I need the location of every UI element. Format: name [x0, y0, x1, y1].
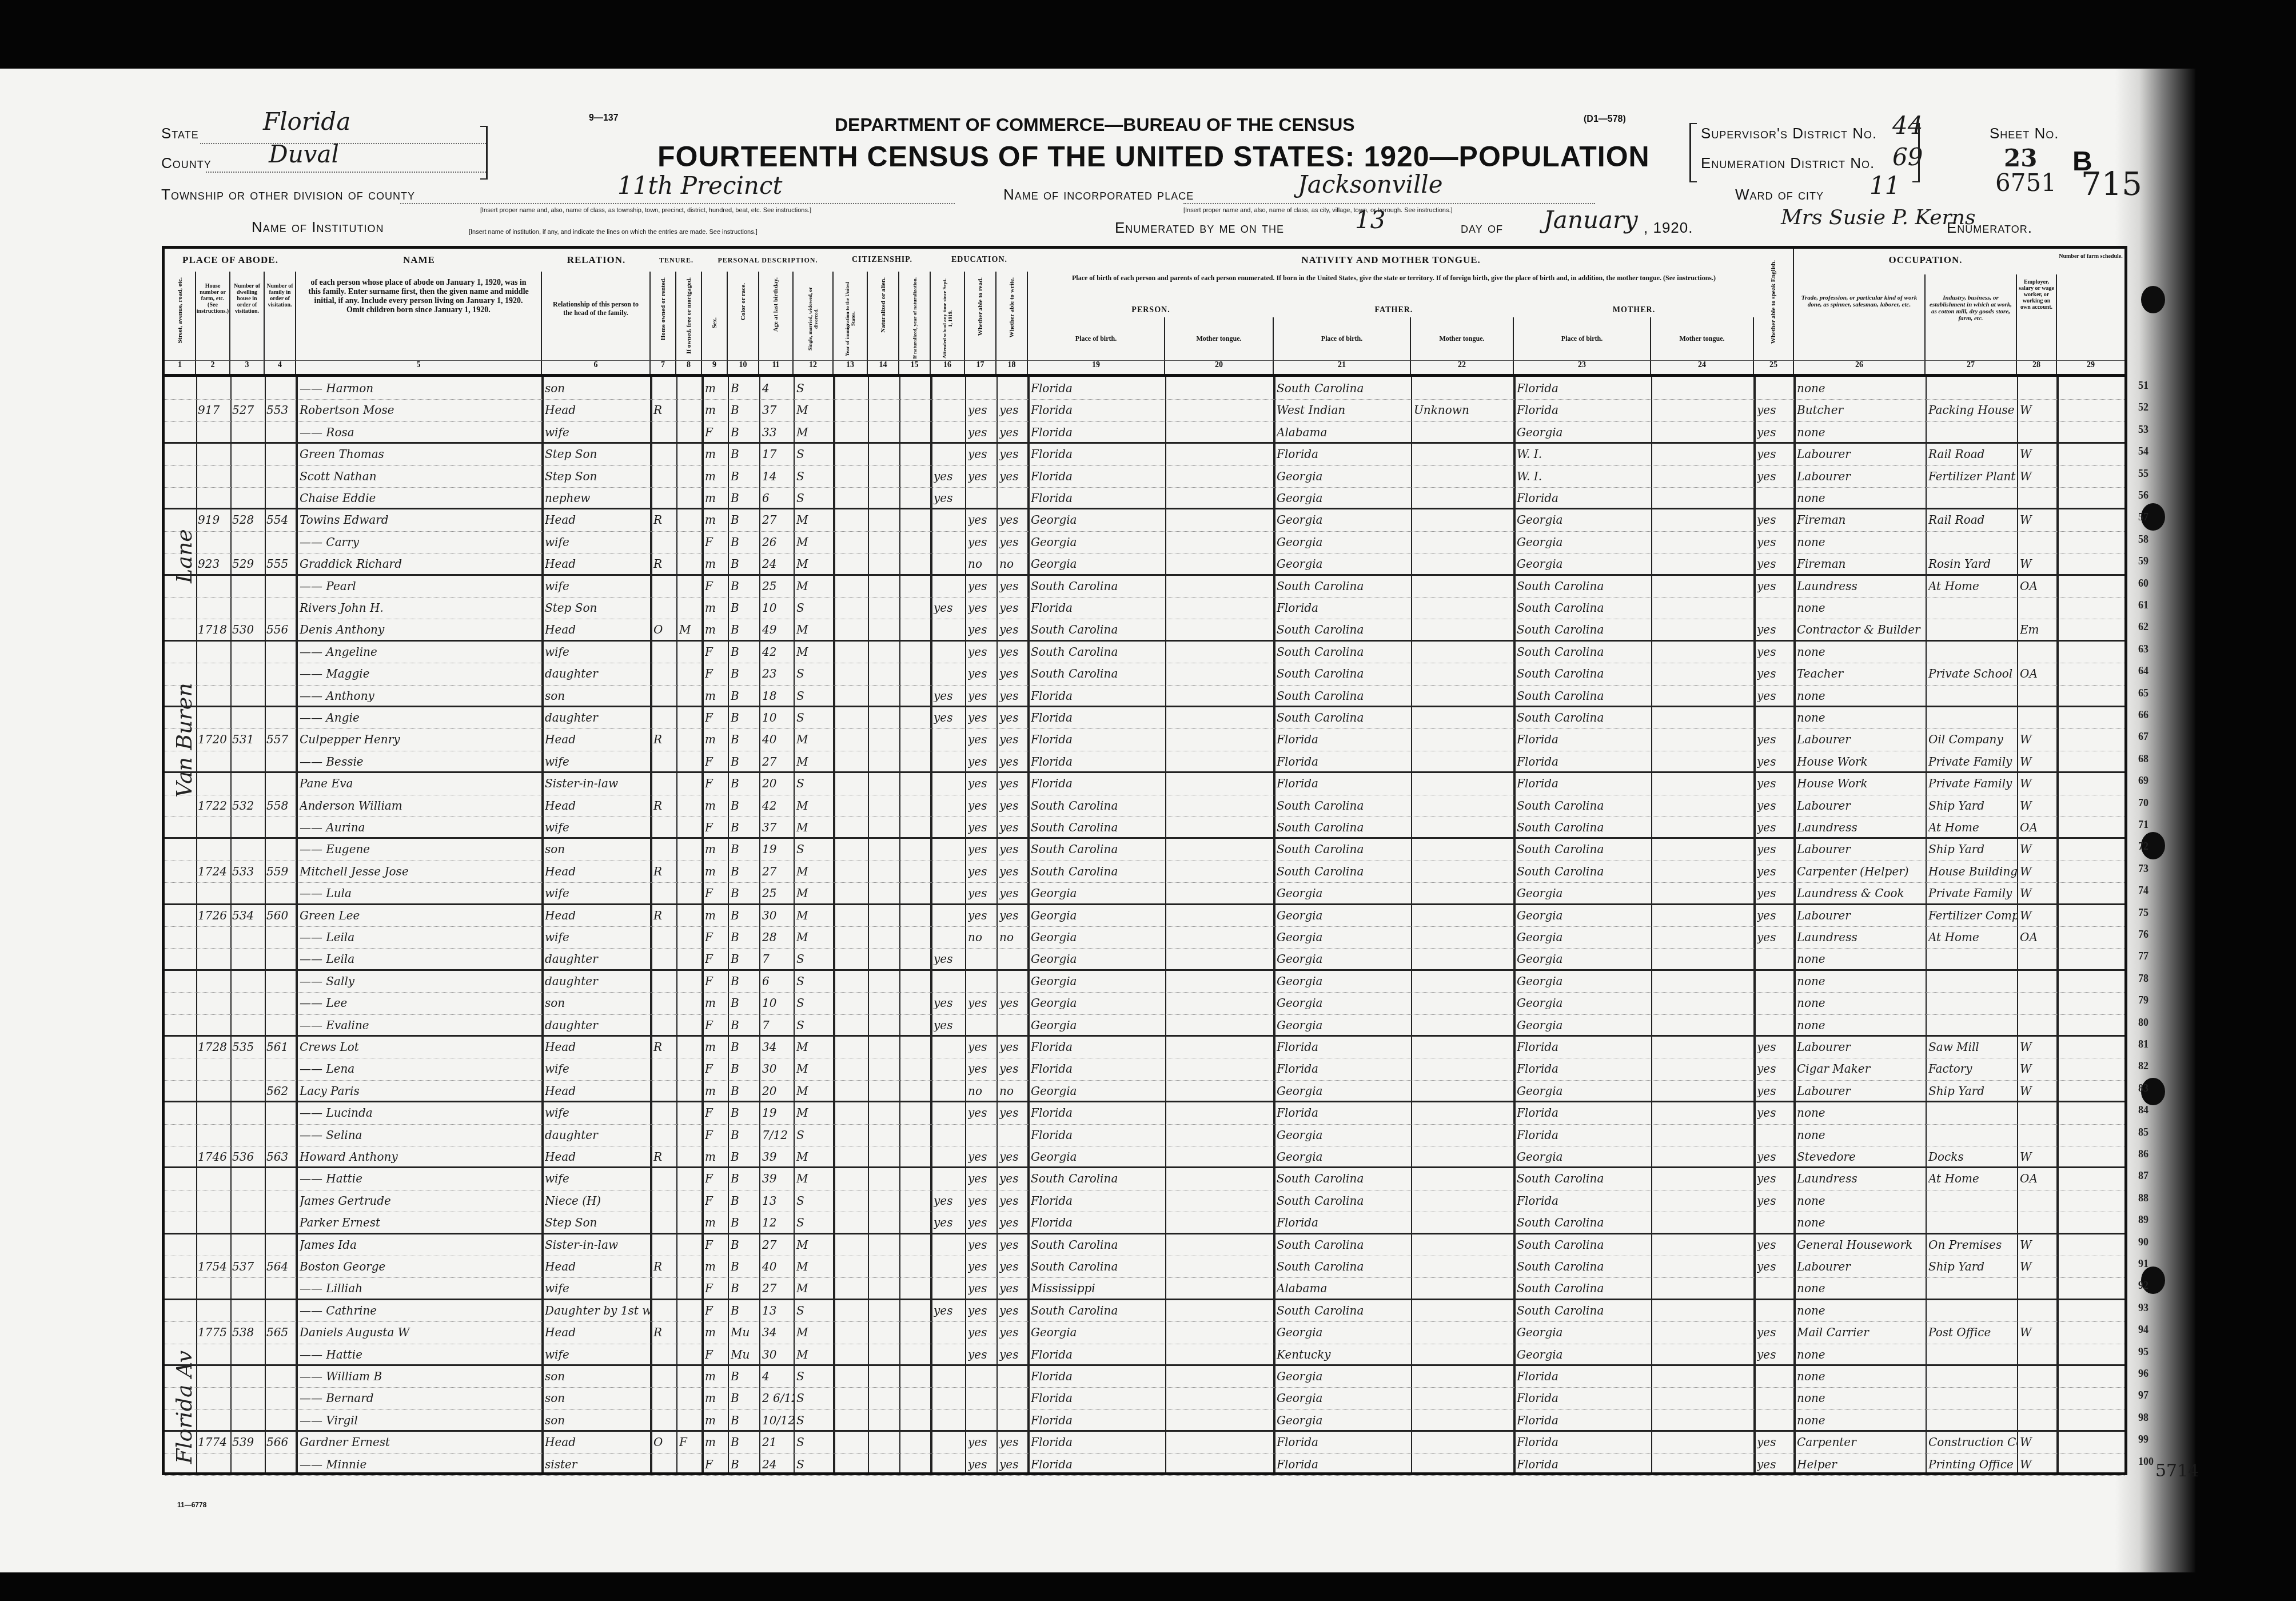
cell-class: OA — [2020, 579, 2055, 594]
cell-school: yes — [934, 1018, 965, 1033]
col-num: 12 — [794, 360, 834, 374]
cell-sex: m — [705, 1150, 728, 1165]
cell-age: 20 — [762, 1084, 794, 1099]
cell-family — [266, 667, 295, 682]
cell-mort — [679, 821, 702, 835]
cell-birth: Florida — [1031, 755, 1165, 770]
cell-birth: Florida — [1031, 1369, 1165, 1384]
cell-relation: Head — [545, 403, 651, 418]
cell-school — [934, 1040, 965, 1055]
cell-industry — [1928, 952, 2017, 967]
cell-read: yes — [968, 403, 996, 418]
cell-age: 27 — [762, 513, 794, 528]
cell-read: yes — [968, 623, 996, 638]
cell-age: 10 — [762, 601, 794, 616]
cell-age: 6 — [762, 491, 794, 506]
cell-birth: South Carolina — [1031, 1172, 1165, 1186]
cell-tenure: R — [653, 799, 676, 814]
cell-race: B — [731, 1106, 758, 1121]
cell-occupation: none — [1797, 1304, 1926, 1319]
cell-english — [1757, 996, 1791, 1011]
cell-mother-birth: Florida — [1517, 1194, 1651, 1209]
cell-read: yes — [968, 1325, 996, 1340]
cell-occupation: Carpenter — [1797, 1435, 1926, 1450]
cell-industry — [1928, 1413, 2017, 1428]
table-row: —— AurinawifeFB37MyesyesSouth CarolinaSo… — [165, 817, 2124, 839]
cell-race: B — [731, 842, 758, 857]
cell-mother-birth: Florida — [1517, 1435, 1651, 1450]
cell-mother-birth: Florida — [1517, 381, 1651, 396]
cell-marital: M — [796, 1260, 831, 1275]
cell-sex: m — [705, 469, 728, 484]
cell-house — [198, 1062, 229, 1077]
col-26-header: Trade, profession, or particular kind of… — [1794, 274, 1926, 360]
cell-tenure — [653, 755, 676, 770]
cell-tenure — [653, 1084, 676, 1099]
cell-mother-birth: Florida — [1517, 403, 1651, 418]
cell-occupation: none — [1797, 1194, 1926, 1209]
cell-relation: Step Son — [545, 1216, 651, 1230]
cell-sex: F — [705, 886, 728, 901]
cell-write: no — [999, 930, 1028, 945]
cell-write — [999, 381, 1028, 396]
form-stamp: 11—6778 — [177, 1501, 206, 1509]
cell-school — [934, 645, 965, 660]
cell-english: yes — [1757, 1325, 1791, 1340]
cell-occupation: Laundress — [1797, 579, 1926, 594]
cell-marital: M — [796, 1106, 831, 1121]
cell-occupation: Labourer — [1797, 909, 1926, 923]
cell-marital: S — [796, 996, 831, 1011]
cell-father-birth: Georgia — [1277, 996, 1411, 1011]
cell-occupation: Laundress — [1797, 1172, 1926, 1186]
cell-dwelling — [232, 1369, 264, 1384]
cell-school — [934, 425, 965, 440]
cell-mother-birth: Florida — [1517, 1369, 1651, 1384]
cell-class: W — [2020, 1084, 2055, 1099]
cell-school — [934, 557, 965, 572]
cell-write — [999, 491, 1028, 506]
cell-read: yes — [968, 1304, 996, 1319]
cell-sex: m — [705, 1413, 728, 1428]
margin-street-note: Van Buren — [172, 683, 197, 798]
tally-mark: 5714 — [2155, 1461, 2199, 1481]
cell-sex: m — [705, 865, 728, 879]
line-number: 81 — [2138, 1038, 2148, 1050]
cell-industry: Private Family — [1928, 755, 2017, 770]
form-code: 9—137 — [589, 113, 619, 124]
cell-sex: F — [705, 1106, 728, 1121]
cell-marital: S — [796, 776, 831, 791]
cell-mort — [679, 425, 702, 440]
cell-sex: F — [705, 1238, 728, 1253]
cell-tenure — [653, 1194, 676, 1209]
cell-house: 1718 — [198, 623, 229, 638]
col-28-header: Employer, salary or wage worker, or work… — [2017, 274, 2057, 360]
cell-race: B — [731, 1457, 758, 1472]
table-row: —— PearlwifeFB25MyesyesSouth CarolinaSou… — [165, 576, 2124, 598]
cell-age: 10 — [762, 711, 794, 726]
cell-read — [968, 974, 996, 989]
cell-occupation: General Housework — [1797, 1238, 1926, 1253]
cell-tenure — [653, 1172, 676, 1186]
cell-father-tongue — [1414, 886, 1511, 901]
cell-mort — [679, 1369, 702, 1384]
table-row: —— LenawifeFB30MyesyesFloridaFloridaFlor… — [165, 1058, 2124, 1080]
cell-tenure — [653, 689, 676, 704]
cell-house — [198, 601, 229, 616]
cell-tenure — [653, 535, 676, 550]
cell-dwelling — [232, 755, 264, 770]
cell-class — [2020, 711, 2055, 726]
cell-write: yes — [999, 1106, 1028, 1121]
cell-race: B — [731, 865, 758, 879]
cell-read: yes — [968, 755, 996, 770]
cell-school: yes — [934, 711, 965, 726]
cell-english: yes — [1757, 513, 1791, 528]
cell-mort — [679, 1172, 702, 1186]
cell-dwelling — [232, 491, 264, 506]
cell-father-birth: Georgia — [1277, 1150, 1411, 1165]
cell-dwelling — [232, 1194, 264, 1209]
cell-sex: F — [705, 776, 728, 791]
cell-write: yes — [999, 909, 1028, 923]
cell-marital: M — [796, 821, 831, 835]
cell-sex: m — [705, 447, 728, 462]
cell-industry: Rail Road — [1928, 513, 2017, 528]
cell-mort — [679, 1018, 702, 1033]
col-11-header: Age at last birthday. — [759, 272, 794, 360]
cell-race: B — [731, 689, 758, 704]
cell-write: yes — [999, 996, 1028, 1011]
line-number: 78 — [2138, 973, 2148, 985]
table-row: —— RosawifeFB33MyesyesFloridaAlabamaGeor… — [165, 422, 2124, 444]
cell-industry: Docks — [1928, 1150, 2017, 1165]
cell-father-birth: Georgia — [1277, 513, 1411, 528]
cell-write: yes — [999, 1304, 1028, 1319]
cell-write — [999, 974, 1028, 989]
cell-english: yes — [1757, 909, 1791, 923]
cell-mort — [679, 689, 702, 704]
cell-class — [2020, 1348, 2055, 1363]
cell-father-birth: South Carolina — [1277, 799, 1411, 814]
cell-father-tongue — [1414, 930, 1511, 945]
cell-tenure — [653, 842, 676, 857]
cell-house — [198, 1413, 229, 1428]
cell-industry — [1928, 645, 2017, 660]
cell-mother-birth: Florida — [1517, 1062, 1651, 1077]
group-tenure: TENURE. — [651, 249, 702, 272]
cell-write — [999, 1413, 1028, 1428]
cell-industry — [1928, 623, 2017, 638]
cell-mort — [679, 842, 702, 857]
cell-age: 37 — [762, 821, 794, 835]
line-number: 89 — [2138, 1214, 2148, 1226]
cell-industry: At Home — [1928, 1172, 2017, 1186]
cell-family — [266, 1194, 295, 1209]
cell-birth: Florida — [1031, 1435, 1165, 1450]
line-number: 63 — [2138, 643, 2148, 655]
table-row: —— HattiewifeFMu30MyesyesFloridaKentucky… — [165, 1344, 2124, 1366]
cell-father-birth: Florida — [1277, 601, 1411, 616]
cell-occupation: Labourer — [1797, 447, 1926, 462]
cell-dwelling — [232, 1238, 264, 1253]
stamp-number: 6751 — [1995, 169, 2056, 197]
cell-name: —— Lucinda — [300, 1106, 540, 1121]
cell-family — [266, 689, 295, 704]
cell-relation: nephew — [545, 491, 651, 506]
col-num: 1 — [165, 360, 196, 374]
cell-father-birth: South Carolina — [1277, 381, 1411, 396]
cell-class: W — [2020, 403, 2055, 418]
cell-age: 6 — [762, 974, 794, 989]
cell-father-tongue — [1414, 821, 1511, 835]
cell-birth: South Carolina — [1031, 799, 1165, 814]
table-row: 1724533559Mitchell Jesse JoseHeadRmB27My… — [165, 861, 2124, 883]
cell-tenure — [653, 1128, 676, 1143]
cell-write: yes — [999, 1150, 1028, 1165]
cell-occupation: Labourer — [1797, 1040, 1926, 1055]
cell-marital: M — [796, 732, 831, 747]
cell-race: B — [731, 930, 758, 945]
cell-age: 39 — [762, 1150, 794, 1165]
cell-house — [198, 1018, 229, 1033]
cell-family: 556 — [266, 623, 295, 638]
col-14-header: Naturalized or alien. — [868, 272, 899, 360]
cell-father-tongue — [1414, 447, 1511, 462]
cell-mort — [679, 513, 702, 528]
sheet-number: 23 — [2004, 144, 2037, 172]
cell-write: yes — [999, 623, 1028, 638]
cell-birth: Florida — [1031, 447, 1165, 462]
cell-birth: Georgia — [1031, 974, 1165, 989]
cell-industry: Saw Mill — [1928, 1040, 2017, 1055]
cell-dwelling: 532 — [232, 799, 264, 814]
cell-class: W — [2020, 1325, 2055, 1340]
cell-dwelling — [232, 381, 264, 396]
cell-name: —— Lee — [300, 996, 540, 1011]
cell-read — [968, 1391, 996, 1406]
cell-write: yes — [999, 403, 1028, 418]
cell-house: 919 — [198, 513, 229, 528]
cell-age: 42 — [762, 645, 794, 660]
cell-class — [2020, 535, 2055, 550]
cell-age: 21 — [762, 1435, 794, 1450]
cell-tenure — [653, 1457, 676, 1472]
cell-marital: S — [796, 1018, 831, 1033]
cell-house — [198, 1194, 229, 1209]
cell-family — [266, 469, 295, 484]
cell-mort — [679, 667, 702, 682]
cell-marital: M — [796, 1348, 831, 1363]
cell-father-birth: Georgia — [1277, 469, 1411, 484]
cell-house — [198, 1106, 229, 1121]
cell-read: yes — [968, 1106, 996, 1121]
col-num: 11 — [759, 360, 794, 374]
incorporated-place-value: Jacksonville — [1298, 170, 1443, 198]
cell-sex: m — [705, 1216, 728, 1230]
cell-english — [1757, 1369, 1791, 1384]
cell-house — [198, 1369, 229, 1384]
col-num: 28 — [2017, 360, 2057, 374]
cell-mother-birth: Florida — [1517, 1413, 1651, 1428]
cell-write: yes — [999, 1281, 1028, 1296]
cell-write — [999, 1128, 1028, 1143]
cell-family — [266, 1062, 295, 1077]
cell-class: W — [2020, 1260, 2055, 1275]
cell-class — [2020, 1216, 2055, 1230]
cell-industry — [1928, 1391, 2017, 1406]
cell-dwelling — [232, 1391, 264, 1406]
cell-mother-birth: Georgia — [1517, 1018, 1651, 1033]
cell-birth: Florida — [1031, 381, 1165, 396]
cell-father-tongue — [1414, 425, 1511, 440]
col-24-header: Mother tongue. — [1651, 317, 1754, 360]
cell-mother-birth: Georgia — [1517, 886, 1651, 901]
cell-father-birth: Georgia — [1277, 930, 1411, 945]
cell-read: yes — [968, 1435, 996, 1450]
cell-sex: m — [705, 799, 728, 814]
cell-industry: Construction Co — [1928, 1435, 2017, 1450]
cell-age: 42 — [762, 799, 794, 814]
cell-dwelling — [232, 469, 264, 484]
cell-marital: S — [796, 974, 831, 989]
cell-birth: Georgia — [1031, 996, 1165, 1011]
cell-father-birth: South Carolina — [1277, 711, 1411, 726]
cell-class: W — [2020, 865, 2055, 879]
cell-sex: F — [705, 579, 728, 594]
cell-name: —— Pearl — [300, 579, 540, 594]
cell-marital: M — [796, 1062, 831, 1077]
cell-dwelling — [232, 711, 264, 726]
cell-dwelling — [232, 1062, 264, 1077]
cell-race: B — [731, 667, 758, 682]
cell-father-birth: Georgia — [1277, 535, 1411, 550]
cell-read — [968, 381, 996, 396]
cell-dwelling — [232, 996, 264, 1011]
cell-house — [198, 776, 229, 791]
cell-read: yes — [968, 1238, 996, 1253]
cell-dwelling: 535 — [232, 1040, 264, 1055]
cell-read: yes — [968, 1150, 996, 1165]
group-place-of-abode: PLACE OF ABODE. — [165, 249, 296, 272]
cell-family — [266, 886, 295, 901]
cell-class: W — [2020, 776, 2055, 791]
cell-school — [934, 1238, 965, 1253]
cell-school — [934, 799, 965, 814]
cell-english: yes — [1757, 732, 1791, 747]
cell-age: 34 — [762, 1325, 794, 1340]
cell-class: OA — [2020, 930, 2055, 945]
cell-occupation: none — [1797, 1348, 1926, 1363]
cell-occupation: Fireman — [1797, 513, 1926, 528]
cell-relation: daughter — [545, 1128, 651, 1143]
cell-english: yes — [1757, 623, 1791, 638]
cell-occupation: Laundress — [1797, 821, 1926, 835]
col-15-header: If naturalized, year of naturalization. — [899, 272, 931, 360]
cell-mort — [679, 1325, 702, 1340]
cell-tenure — [653, 667, 676, 682]
cell-father-tongue — [1414, 1391, 1511, 1406]
cell-class — [2020, 1369, 2055, 1384]
cell-sex: F — [705, 425, 728, 440]
cell-dwelling: 527 — [232, 403, 264, 418]
cell-birth: Florida — [1031, 689, 1165, 704]
cell-relation: wife — [545, 1062, 651, 1077]
cell-birth: Florida — [1031, 469, 1165, 484]
cell-mort — [679, 403, 702, 418]
cell-sex: m — [705, 381, 728, 396]
cell-marital: S — [796, 667, 831, 682]
form-ref: (D1—578) — [1584, 114, 1626, 125]
cell-age: 20 — [762, 776, 794, 791]
cell-father-tongue — [1414, 799, 1511, 814]
cell-mother-birth: South Carolina — [1517, 842, 1651, 857]
cell-occupation: Labourer — [1797, 799, 1926, 814]
cell-tenure: R — [653, 1150, 676, 1165]
cell-sex: F — [705, 667, 728, 682]
cell-birth: Florida — [1031, 1040, 1165, 1055]
cell-class — [2020, 1194, 2055, 1209]
col-22-header: Mother tongue. — [1411, 317, 1514, 360]
table-row: 1718530556Denis AnthonyHeadOMmB49Myesyes… — [165, 619, 2124, 641]
cell-birth: Florida — [1031, 1106, 1165, 1121]
cell-house — [198, 579, 229, 594]
cell-mort — [679, 799, 702, 814]
cell-marital: M — [796, 535, 831, 550]
cell-birth: Florida — [1031, 1457, 1165, 1472]
cell-family: 563 — [266, 1150, 295, 1165]
cell-school — [934, 447, 965, 462]
cell-dwelling — [232, 535, 264, 550]
col-20-header: Mother tongue. — [1165, 317, 1274, 360]
cell-race: B — [731, 1128, 758, 1143]
cell-industry: Private School — [1928, 667, 2017, 682]
cell-mother-birth: Georgia — [1517, 1325, 1651, 1340]
table-row: 1774539566Gardner ErnestHeadOFmB21Syesye… — [165, 1432, 2124, 1453]
cell-family — [266, 776, 295, 791]
cell-age: 17 — [762, 447, 794, 462]
cell-relation: Sister-in-law — [545, 1238, 651, 1253]
line-number: 93 — [2138, 1302, 2148, 1314]
cell-english: yes — [1757, 1040, 1791, 1055]
cell-write: yes — [999, 1260, 1028, 1275]
cell-tenure — [653, 1391, 676, 1406]
cell-sex: F — [705, 821, 728, 835]
cell-industry: Factory — [1928, 1062, 2017, 1077]
cell-marital: S — [796, 1435, 831, 1450]
cell-tenure — [653, 974, 676, 989]
cell-relation: Head — [545, 623, 651, 638]
township-note: [Insert proper name and, also, name of c… — [480, 207, 811, 214]
cell-family — [266, 974, 295, 989]
cell-read — [968, 1018, 996, 1033]
cell-family — [266, 821, 295, 835]
cell-write: yes — [999, 447, 1028, 462]
cell-class — [2020, 689, 2055, 704]
cell-english: yes — [1757, 1150, 1791, 1165]
cell-relation: son — [545, 1391, 651, 1406]
line-number: 97 — [2138, 1389, 2148, 1401]
table-row: —— HattiewifeFB39MyesyesSouth CarolinaSo… — [165, 1168, 2124, 1190]
cell-dwelling — [232, 1172, 264, 1186]
cell-write: yes — [999, 1238, 1028, 1253]
cell-sex: m — [705, 491, 728, 506]
cell-mort — [679, 601, 702, 616]
table-row: —— AnthonysonmB18SyesyesyesFloridaSouth … — [165, 686, 2124, 707]
cell-name: Mitchell Jesse Jose — [300, 865, 540, 879]
cell-father-tongue — [1414, 1369, 1511, 1384]
